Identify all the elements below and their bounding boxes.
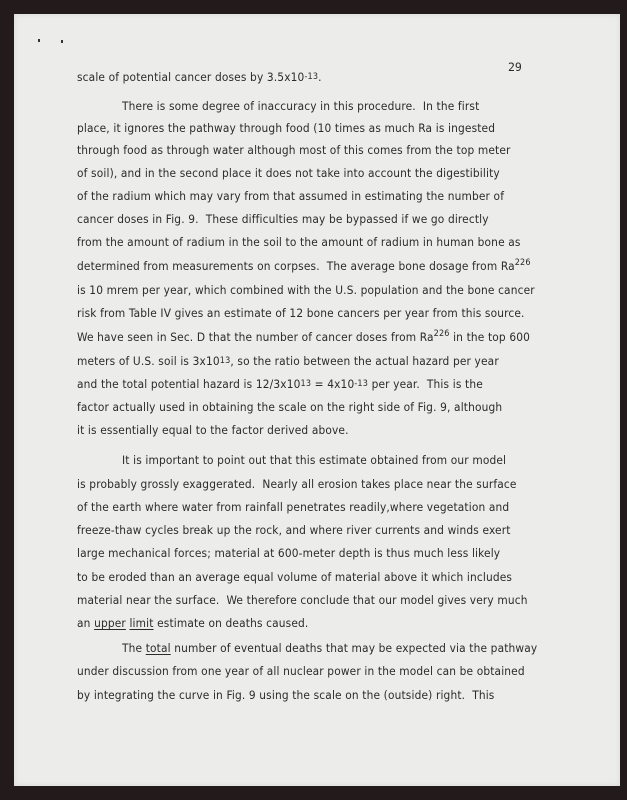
text-run: to be eroded than an average equal volum… (77, 570, 512, 584)
text-line: to be eroded than an average equal volum… (77, 570, 512, 584)
text-run: cancer doses in Fig. 9. These difficulti… (77, 212, 489, 226)
text-line: freeze-thaw cycles break up the rock, an… (77, 523, 511, 537)
text-run: from the amount of radium in the soil to… (77, 235, 521, 249)
text-run: is probably grossly exaggerated. Nearly … (77, 477, 517, 491)
text-run: It is important to point out that this e… (122, 453, 506, 467)
underlined-text: total (146, 641, 171, 655)
superscript: 13 (220, 356, 231, 366)
text-line: material near the surface. We therefore … (77, 593, 528, 607)
text-run: estimate on deaths caused. (154, 616, 309, 630)
superscript: -13 (304, 72, 318, 82)
superscript: 13 (301, 379, 312, 389)
text-run: = 4x10 (311, 377, 354, 391)
text-line: through food as through water although m… (77, 143, 511, 157)
text-line: is 10 mrem per year, which combined with… (77, 283, 535, 297)
text-run: under discussion from one year of all nu… (77, 664, 525, 678)
text-line: an upper limit estimate on deaths caused… (77, 616, 308, 630)
text-run: in the top 600 (450, 330, 530, 344)
text-run: of soil), and in the second place it doe… (77, 166, 500, 180)
text-run: place, it ignores the pathway through fo… (77, 121, 495, 135)
underlined-text: upper (94, 616, 126, 630)
text-line: from the amount of radium in the soil to… (77, 235, 521, 249)
text-line: it is essentially equal to the factor de… (77, 423, 349, 437)
text-line: place, it ignores the pathway through fo… (77, 121, 495, 135)
page-number: 29 (508, 60, 522, 74)
text-run: an (77, 616, 94, 630)
text-line: of the radium which may vary from that a… (77, 189, 504, 203)
text-line: of the earth where water from rainfall p… (77, 500, 509, 514)
superscript: -13 (354, 379, 368, 389)
text-line: scale of potential cancer doses by 3.5x1… (77, 70, 322, 84)
text-run: material near the surface. We therefore … (77, 593, 528, 607)
document-page: 29 scale of potential cancer doses by 3.… (14, 14, 620, 786)
text-line: determined from measurements on corpses.… (77, 259, 531, 273)
text-line: There is some degree of inaccuracy in th… (122, 99, 479, 113)
punch-mark (61, 40, 63, 43)
text-line: and the total potential hazard is 12/3x1… (77, 377, 483, 391)
text-line: cancer doses in Fig. 9. These difficulti… (77, 212, 489, 226)
text-run: is 10 mrem per year, which combined with… (77, 283, 535, 297)
text-line: large mechanical forces; material at 600… (77, 546, 500, 560)
text-run: and the total potential hazard is 12/3x1… (77, 377, 301, 391)
text-run: There is some degree of inaccuracy in th… (122, 99, 479, 113)
text-run: . (318, 70, 322, 84)
text-line: under discussion from one year of all nu… (77, 664, 525, 678)
text-run: determined from measurements on corpses.… (77, 259, 515, 273)
text-run: factor actually used in obtaining the sc… (77, 400, 502, 414)
text-run: scale of potential cancer doses by 3.5x1… (77, 70, 304, 84)
text-run: number of eventual deaths that may be ex… (171, 641, 538, 655)
text-run: freeze-thaw cycles break up the rock, an… (77, 523, 511, 537)
text-line: of soil), and in the second place it doe… (77, 166, 500, 180)
text-run: We have seen in Sec. D that the number o… (77, 330, 434, 344)
text-line: by integrating the curve in Fig. 9 using… (77, 688, 494, 702)
text-run: risk from Table IV gives an estimate of … (77, 306, 525, 320)
text-run: large mechanical forces; material at 600… (77, 546, 500, 560)
superscript: 226 (515, 258, 531, 268)
punch-mark (38, 39, 40, 42)
text-run: through food as through water although m… (77, 143, 511, 157)
text-line: It is important to point out that this e… (122, 453, 506, 467)
text-run: of the earth where water from rainfall p… (77, 500, 509, 514)
superscript: 226 (434, 329, 450, 339)
text-line: is probably grossly exaggerated. Nearly … (77, 477, 517, 491)
text-run: meters of U.S. soil is 3x10 (77, 354, 220, 368)
text-run: by integrating the curve in Fig. 9 using… (77, 688, 494, 702)
text-run: The (122, 641, 146, 655)
text-run: of the radium which may vary from that a… (77, 189, 504, 203)
text-line: We have seen in Sec. D that the number o… (77, 330, 530, 344)
text-run: it is essentially equal to the factor de… (77, 423, 349, 437)
underlined-text: limit (129, 616, 153, 630)
text-line: The total number of eventual deaths that… (122, 641, 537, 655)
text-line: meters of U.S. soil is 3x1013, so the ra… (77, 354, 499, 368)
text-run: , so the ratio between the actual hazard… (230, 354, 498, 368)
text-line: factor actually used in obtaining the sc… (77, 400, 502, 414)
text-line: risk from Table IV gives an estimate of … (77, 306, 525, 320)
text-run: per year. This is the (368, 377, 483, 391)
